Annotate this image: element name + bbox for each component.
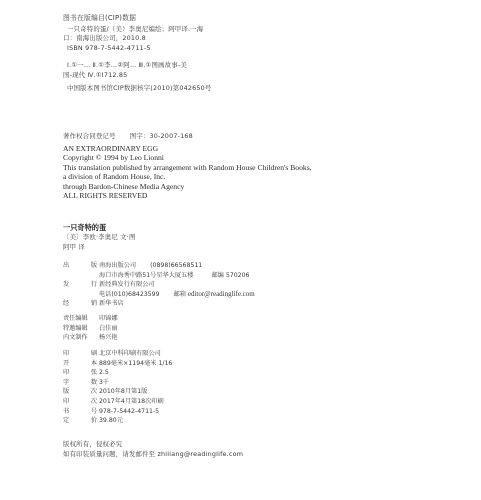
english-rights-block: AN EXTRAORDINARY EGG Copyright © 1994 by… xyxy=(63,144,312,200)
spec-row: 定价 39.80元 xyxy=(63,416,172,426)
credit-row: 责任编辑 印锦娜 xyxy=(63,314,118,324)
cip-title: 图书在版编目(CIP)数据 xyxy=(63,14,212,24)
english-rights-line: ALL RIGHTS RESERVED xyxy=(63,191,312,200)
book-title: 一只奇特的蛋 xyxy=(63,223,136,233)
credit-row: 特邀编辑 白佳丽 xyxy=(63,324,118,334)
email-label: 邮箱 xyxy=(174,291,186,298)
spec-row: 印张 2.5 xyxy=(63,368,172,378)
publisher-address-row: 海口市海秀中路51号星华大厦五楼邮编 570206 xyxy=(63,271,255,281)
distributor-name: 新经典发行有限公司 xyxy=(97,280,155,290)
specs-block: 印刷 北京中科印刷有限公司 开本 889毫米×1194毫米 1/16 印张 2.… xyxy=(63,349,172,426)
english-rights-line: Copyright © 1994 by Leo Lionni xyxy=(63,153,312,162)
spec-row: 印次 2017年4月第18次印刷 xyxy=(63,397,172,407)
footer-block: 版权所有，侵权必究 如有印装质量问题，请发邮件至 zhiliang@readin… xyxy=(63,440,243,459)
book-info: 一只奇特的蛋 〔美〕李欧·李奥尼 文·图 阿甲 译 xyxy=(63,223,136,252)
book-translator: 阿甲 译 xyxy=(63,243,136,253)
publisher-address: 海口市海秀中路51号星华大厦五楼 xyxy=(99,272,194,279)
distributor-email: editor@readinglife.com xyxy=(188,290,255,298)
copyright-page: 图书在版编目(CIP)数据 一只奇特的蛋/（美）李奥尼编绘；阿甲译.一海 口：南… xyxy=(0,0,481,500)
postcode: 570206 xyxy=(226,272,250,279)
publisher-row: 出版 南海出版公司(0898)66568511 xyxy=(63,261,255,271)
credit-row: 内文制作 杨兴艳 xyxy=(63,333,118,343)
spec-row: 版次 2010年8月第1版 xyxy=(63,387,172,397)
english-rights-line: This translation published by arrangemen… xyxy=(63,163,312,172)
spec-row: 书号 978-7-5442-4711-5 xyxy=(63,407,172,417)
distributor-contact-row: 电话(010)68423599邮箱 editor@readinglife.com xyxy=(63,290,255,300)
english-rights-line: through Bardon-Chinese Media Agency xyxy=(63,182,312,191)
spec-row: 印刷 北京中科印刷有限公司 xyxy=(63,349,172,359)
seller-name: 新华书店 xyxy=(97,299,124,309)
english-rights-line: AN EXTRAORDINARY EGG xyxy=(63,144,312,153)
seller-row: 经销 新华书店 xyxy=(63,299,255,309)
cip-block: 图书在版编目(CIP)数据 一只奇特的蛋/（美）李奥尼编绘；阿甲译.一海 口：南… xyxy=(63,14,212,93)
cip-verification: 中国版本图书馆CIP数据核字(2010)第042650号 xyxy=(63,84,212,94)
quality-notice: 如有印装质量问题，请发邮件至 zhiliang@readinglife.com xyxy=(63,450,243,460)
book-author: 〔美〕李欧·李奥尼 文·图 xyxy=(63,233,136,243)
cip-isbn: ISBN 978-7-5442-4711-5 xyxy=(63,44,212,54)
publisher-name: 南海出版公司 xyxy=(99,262,136,269)
credits-block: 责任编辑 印锦娜 特邀编辑 白佳丽 内文制作 杨兴艳 xyxy=(63,314,118,343)
publisher-phone: (0898)66568511 xyxy=(150,262,202,269)
copyright-registration: 著作权合同登记号图字：30-2007-168 xyxy=(63,132,193,142)
cip-classification-1: Ⅰ.①一… Ⅱ.①李…②阿… Ⅲ.①图画故事-美 xyxy=(63,61,212,71)
spec-row: 字数 3千 xyxy=(63,378,172,388)
registration-value: 图字：30-2007-168 xyxy=(130,132,193,140)
distributor-phone: 电话(010)68423599 xyxy=(99,291,160,298)
cip-classification-2: 国-现代 Ⅳ.①I712.85 xyxy=(63,71,212,81)
publishing-info: 出版 南海出版公司(0898)66568511 海口市海秀中路51号星华大厦五楼… xyxy=(63,261,255,309)
cip-line-2: 口：南海出版公司，2010.8 xyxy=(63,34,212,44)
postcode-label: 邮编 xyxy=(212,272,224,279)
spec-row: 开本 889毫米×1194毫米 1/16 xyxy=(63,359,172,369)
english-rights-line: a division of Random House, Inc. xyxy=(63,172,312,181)
rights-notice: 版权所有，侵权必究 xyxy=(63,440,243,450)
distributor-row: 发行 新经典发行有限公司 xyxy=(63,280,255,290)
registration-label: 著作权合同登记号 xyxy=(63,132,116,140)
cip-line-1: 一只奇特的蛋/（美）李奥尼编绘；阿甲译.一海 xyxy=(63,25,212,35)
